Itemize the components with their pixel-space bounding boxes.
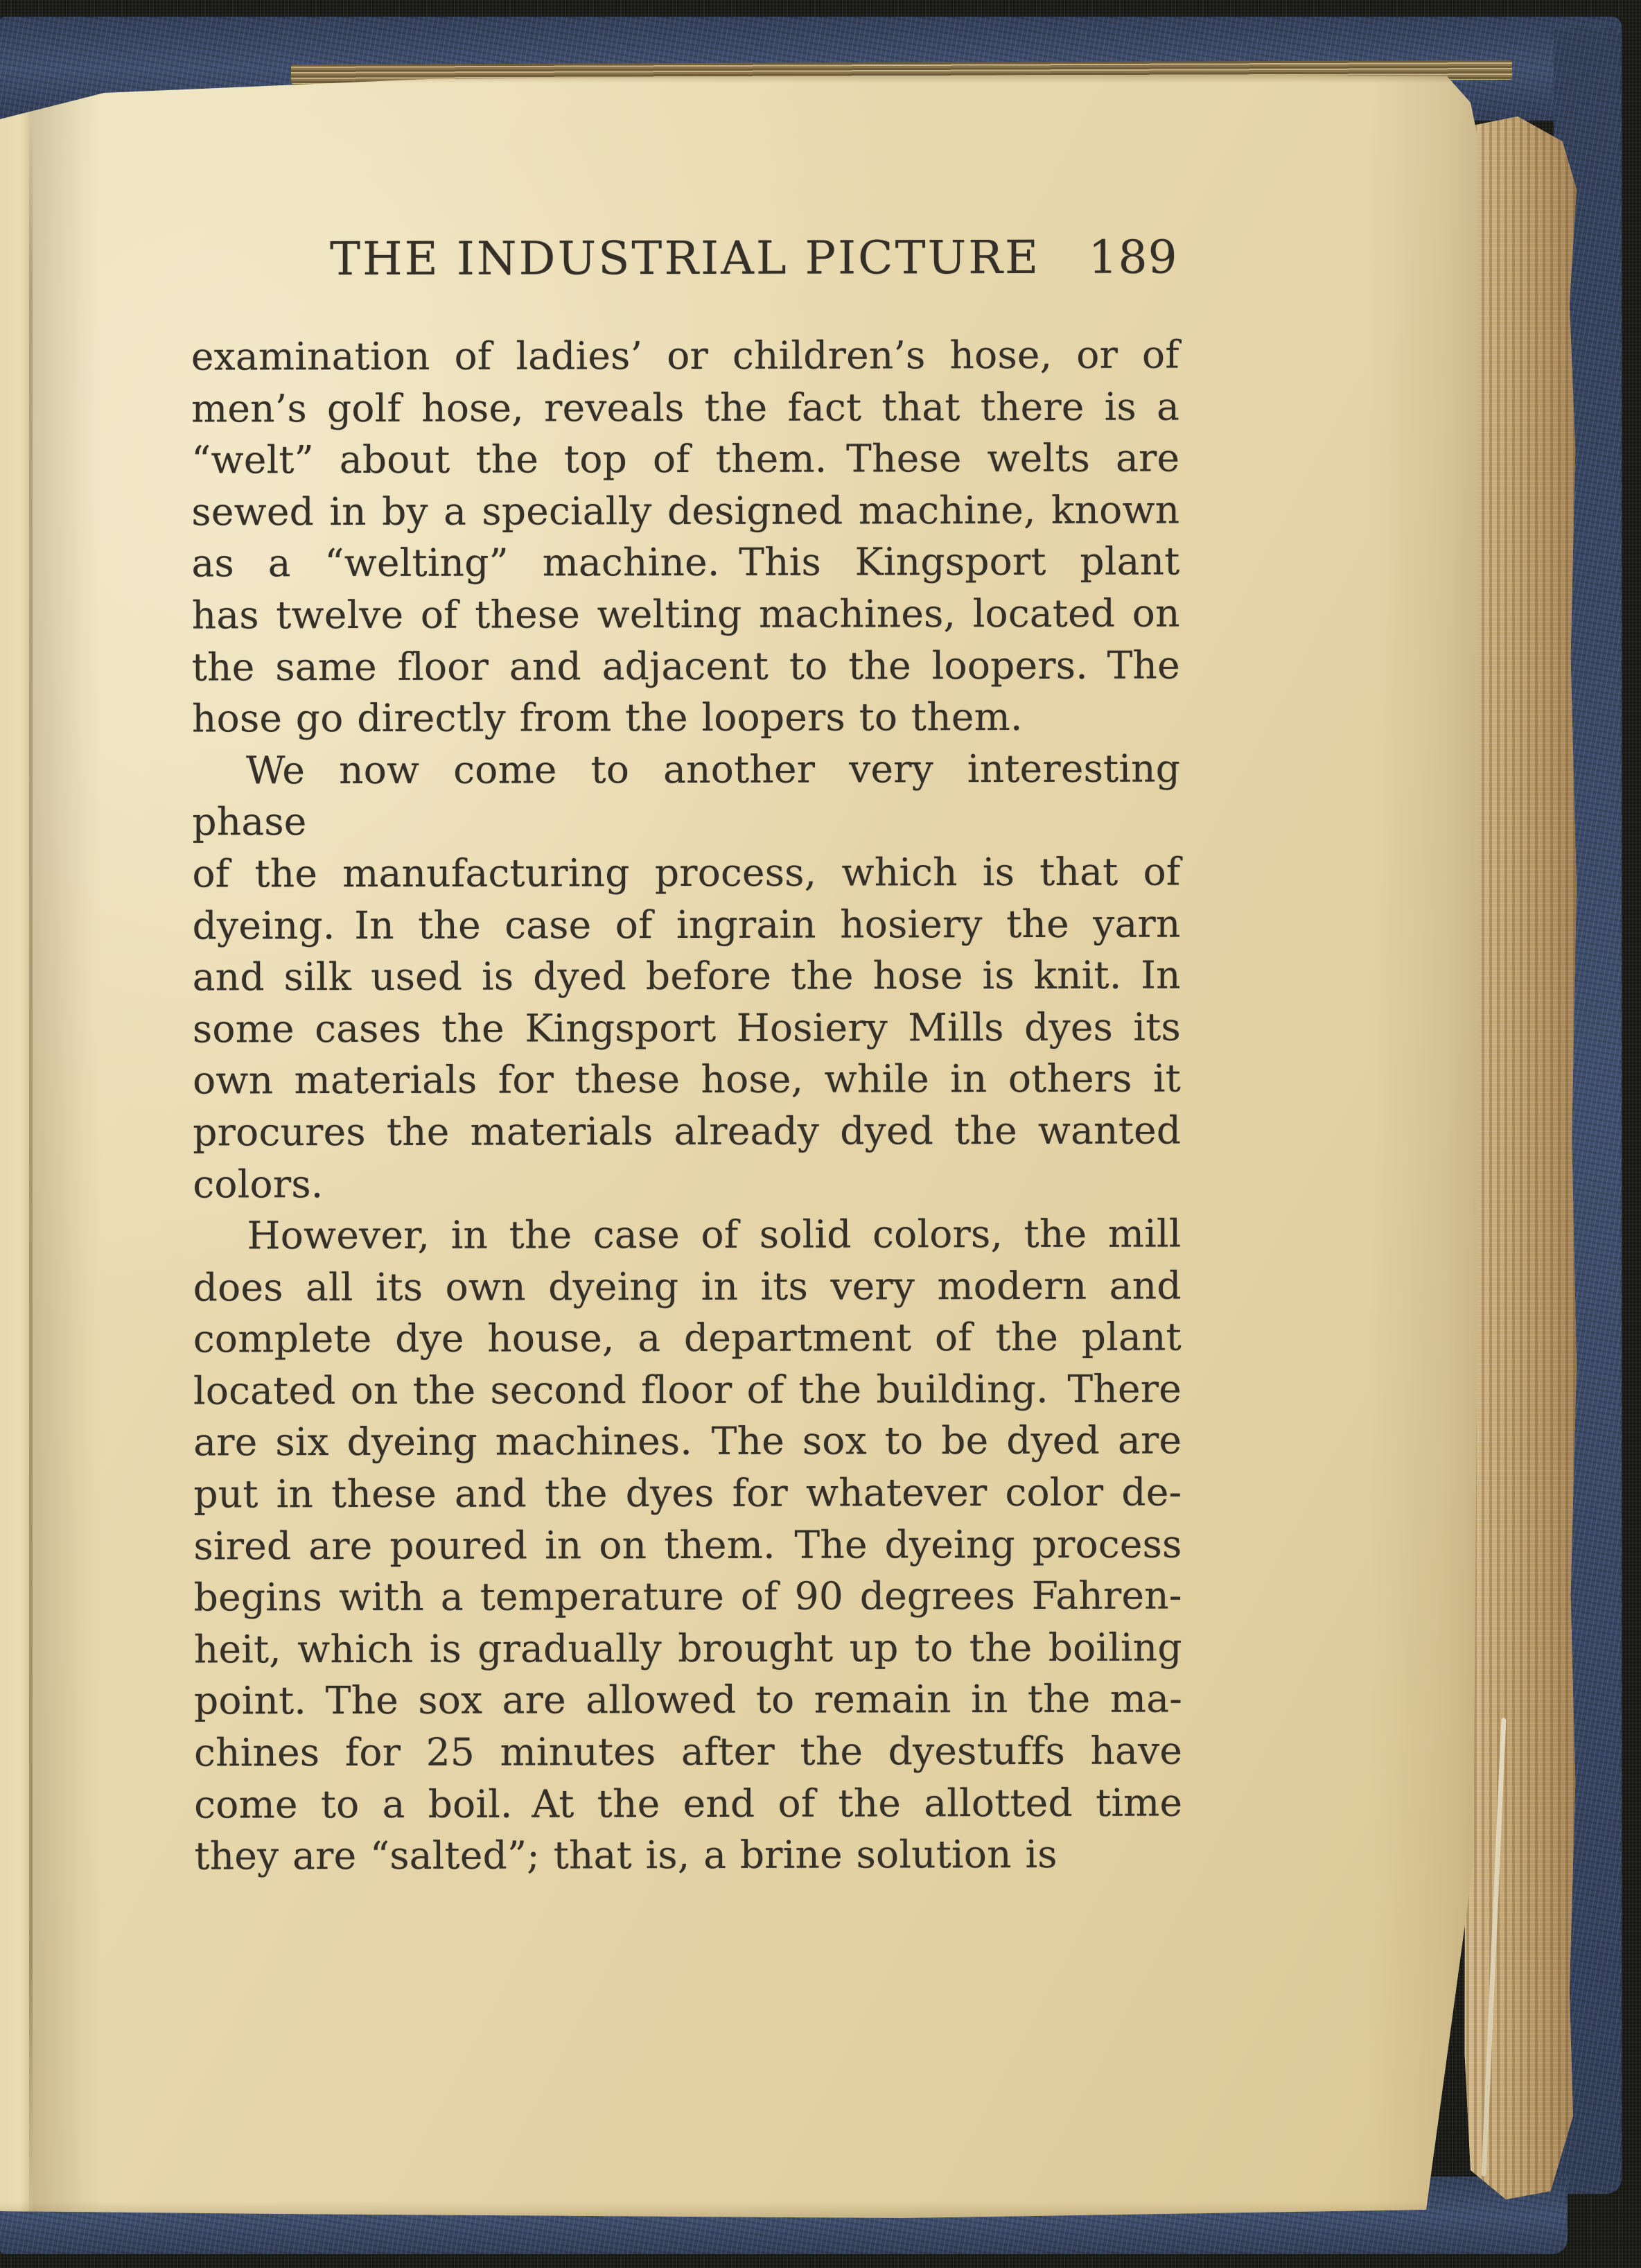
text-line: hose go directly from the loopers to the…: [192, 691, 1180, 745]
text-line: chines for 25 minutes after the dyestuff…: [194, 1725, 1182, 1779]
page-right-shading: [1368, 75, 1479, 2219]
text-line: point. The sox are allowed to remain in …: [194, 1673, 1182, 1727]
text-line: as a “welting” machine. This Kingsport p…: [191, 536, 1179, 590]
text-line: sewed in by a specially designed machine…: [191, 484, 1179, 538]
text-line: colors.: [193, 1156, 1181, 1210]
page-gutter-shadow: [33, 75, 102, 2219]
text-line: However, in the case of solid colors, th…: [193, 1208, 1181, 1262]
header-title: THE INDUSTRIAL PICTURE: [191, 229, 1179, 288]
text-line: some cases the Kingsport Hosiery Mills d…: [193, 1001, 1181, 1055]
text-line: “welt” about the top of them. These welt…: [191, 433, 1179, 487]
text-line: the same floor and adjacent to the loope…: [192, 639, 1180, 693]
text-line: located on the second floor of the build…: [193, 1363, 1182, 1417]
body-text: examination of ladies’ or children’s hos…: [191, 329, 1183, 1883]
text-line: heit, which is gradually brought up to t…: [194, 1621, 1182, 1675]
text-line: own materials for these hose, while in o…: [193, 1053, 1181, 1107]
text-line: put in these and the dyes for whatever c…: [193, 1467, 1182, 1521]
text-line: and silk used is dyed before the hose is…: [193, 950, 1181, 1004]
text-line: they are “salted”; that is, a brine solu…: [194, 1829, 1182, 1883]
text-line: begins with a temperature of 90 degrees …: [194, 1570, 1182, 1624]
text-column: THE INDUSTRIAL PICTURE 189 examination o…: [191, 229, 1183, 1883]
book-page: THE INDUSTRIAL PICTURE 189 examination o…: [0, 75, 1479, 2219]
text-line: complete dye house, a department of the …: [193, 1311, 1182, 1366]
text-line: We now come to another very interesting …: [192, 742, 1180, 848]
text-line: are six dyeing machines. The sox to be d…: [193, 1415, 1182, 1469]
page-gutter-strip: [0, 75, 29, 2219]
text-line: procures the materials already dyed the …: [193, 1104, 1181, 1158]
text-line: has twelve of these welting machines, lo…: [192, 587, 1180, 641]
text-line: does all its own dyeing in its very mode…: [193, 1259, 1182, 1314]
text-line: examination of ladies’ or children’s hos…: [191, 329, 1179, 383]
running-header: THE INDUSTRIAL PICTURE 189: [191, 229, 1179, 288]
page-number: 189: [1089, 229, 1178, 286]
text-line: of the manufacturing process, which is t…: [192, 846, 1180, 900]
text-line: come to a boil. At the end of the allott…: [194, 1777, 1182, 1831]
text-line: men’s golf hose, reveals the fact that t…: [191, 381, 1179, 435]
text-line: sired are poured in on them. The dyeing …: [193, 1518, 1182, 1572]
text-line: dyeing. In the case of ingrain hosiery t…: [193, 898, 1181, 952]
